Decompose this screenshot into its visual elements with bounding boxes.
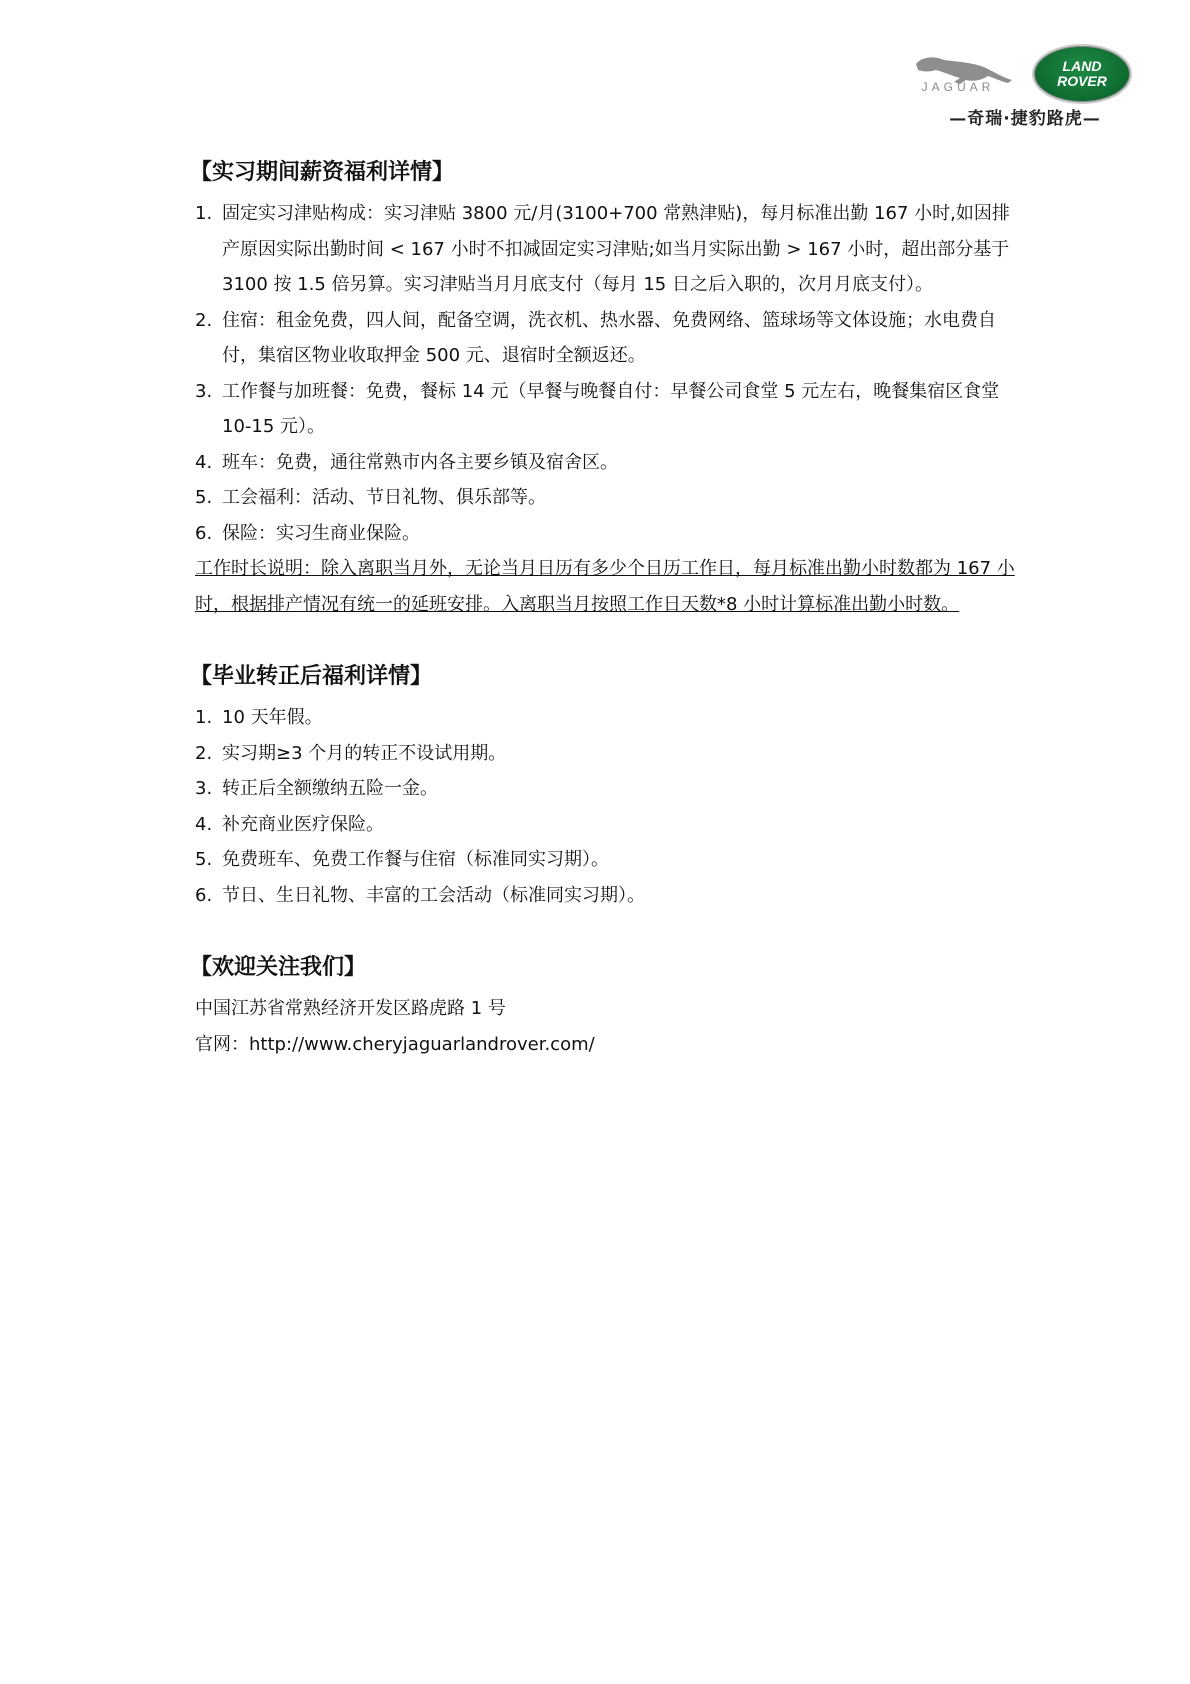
section-title-follow-us: 【欢迎关注我们】 — [190, 953, 1020, 983]
list-item: 1.固定实习津贴构成：实习津贴 3800 元/月(3100+700 常熟津贴)，… — [190, 196, 1020, 303]
company-logo: JAGUAR LAND ROVER —奇瑞·捷豹路虎— — [900, 42, 1130, 132]
list-item: 4.班车：免费，通往常熟市内各主要乡镇及宿舍区。 — [190, 445, 1020, 481]
jaguar-wordmark: JAGUAR — [908, 80, 1008, 94]
list-item: 3.工作餐与加班餐：免费，餐标 14 元（早餐与晚餐自付：早餐公司食堂 5 元左… — [190, 374, 1020, 445]
land-rover-line1: LAND — [1063, 59, 1102, 74]
company-address: 中国江苏省常熟经济开发区路虎路 1 号 — [190, 991, 1020, 1027]
land-rover-line2: ROVER — [1057, 74, 1107, 89]
section-title-intern-benefits: 【实习期间薪资福利详情】 — [190, 158, 1020, 188]
working-hours-note: 工作时长说明：除入离职当月外，无论当月日历有多少个日历工作日，每月标准出勤小时数… — [190, 551, 1020, 622]
brand-chinese-name: —奇瑞·捷豹路虎— — [920, 104, 1130, 129]
list-item: 5.工会福利：活动、节日礼物、俱乐部等。 — [190, 480, 1020, 516]
list-item: 3.转正后全额缴纳五险一金。 — [190, 771, 1020, 807]
land-rover-logo: LAND ROVER — [1032, 44, 1132, 104]
list-item: 6.节日、生日礼物、丰富的工会活动（标准同实习期）。 — [190, 878, 1020, 914]
list-item: 6.保险：实习生商业保险。 — [190, 516, 1020, 552]
list-item: 1.10 天年假。 — [190, 700, 1020, 736]
company-website-link[interactable]: 官网：http://www.cheryjaguarlandrover.com/ — [190, 1027, 1020, 1063]
intern-benefits-list: 1.固定实习津贴构成：实习津贴 3800 元/月(3100+700 常熟津贴)，… — [190, 196, 1020, 551]
list-item: 5.免费班车、免费工作餐与住宿（标准同实习期）。 — [190, 842, 1020, 878]
section-title-post-graduation-benefits: 【毕业转正后福利详情】 — [190, 662, 1020, 692]
document-body: 【实习期间薪资福利详情】 1.固定实习津贴构成：实习津贴 3800 元/月(31… — [190, 158, 1020, 1062]
post-graduation-benefits-list: 1.10 天年假。 2.实习期≥3 个月的转正不设试用期。 3.转正后全额缴纳五… — [190, 700, 1020, 913]
list-item: 2.住宿：租金免费，四人间，配备空调，洗衣机、热水器、免费网络、篮球场等文体设施… — [190, 303, 1020, 374]
list-item: 4.补充商业医疗保险。 — [190, 807, 1020, 843]
list-item: 2.实习期≥3 个月的转正不设试用期。 — [190, 736, 1020, 772]
